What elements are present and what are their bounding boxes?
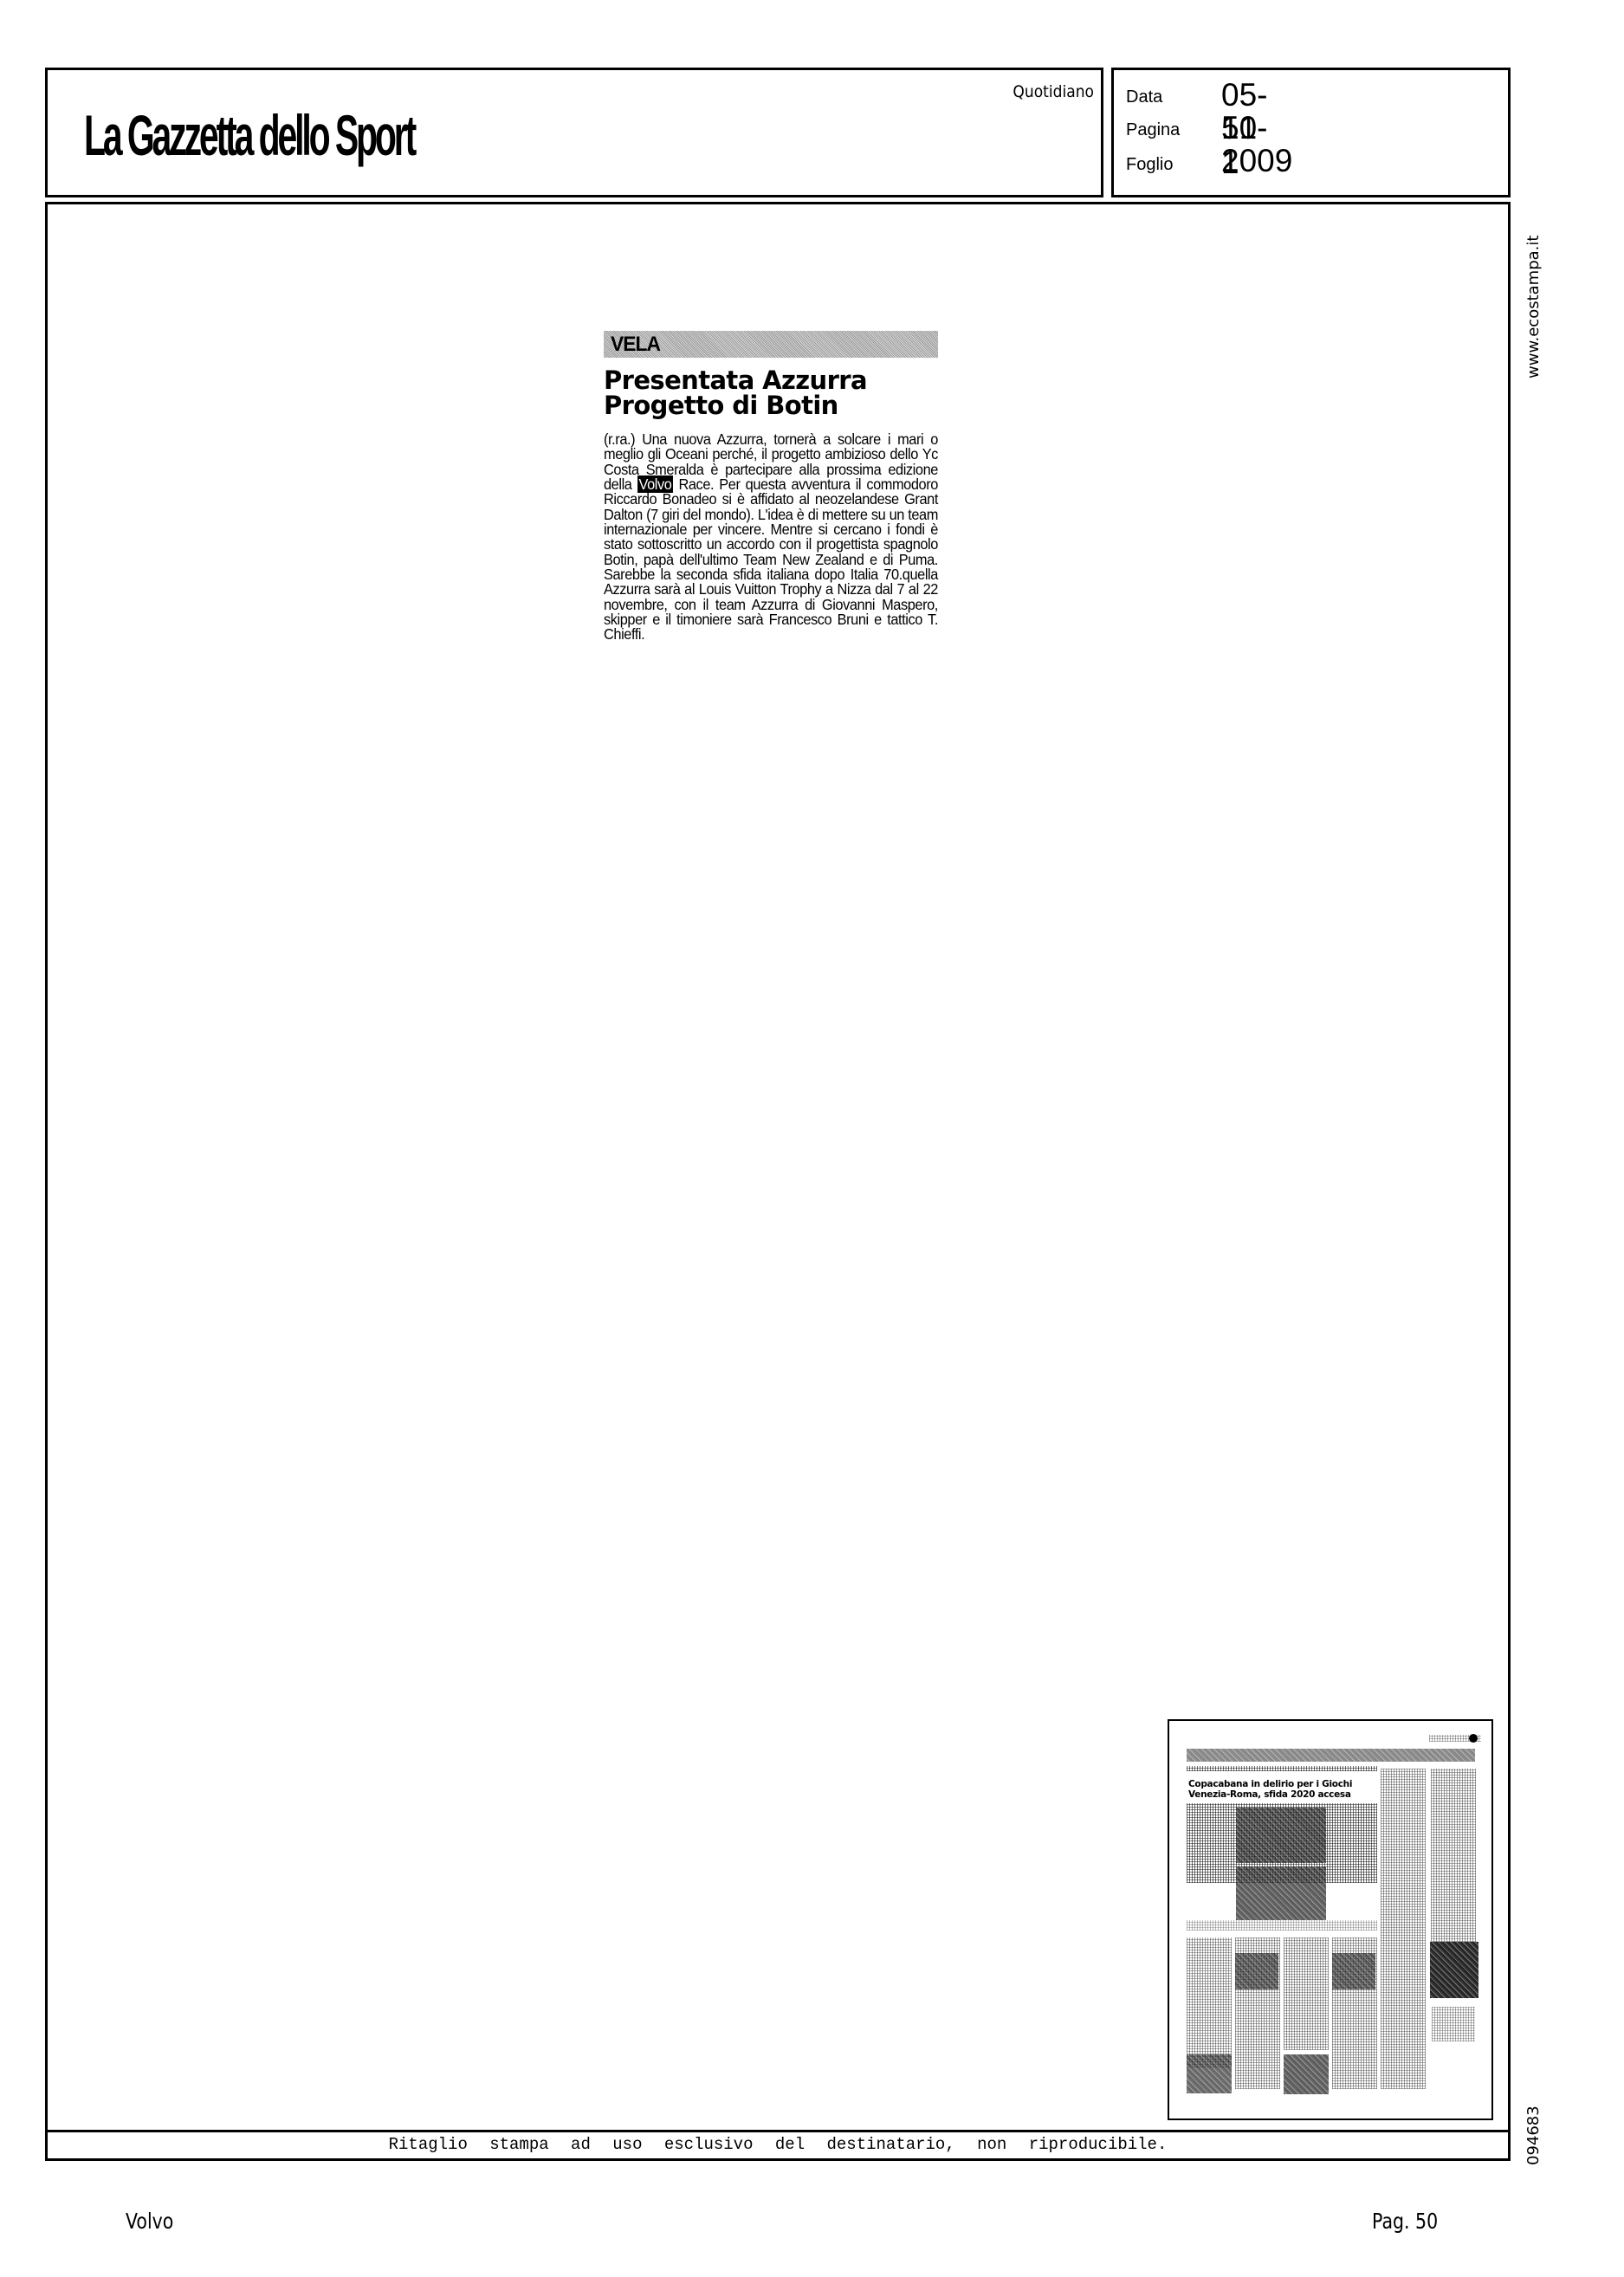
clipping-keyword: Volvo [126,2209,173,2234]
headline-line-1: Presentata Azzurra [604,368,938,393]
thumb-kicker [1187,1766,1377,1771]
sheet-value: 1 [1221,146,1239,179]
publication-type: Quotidiano [1013,82,1094,101]
thumb-headline-line-1: Copacabana in delirio per i Giochi [1188,1779,1379,1789]
thumb-column-4 [1381,1769,1426,2089]
thumb-caption [1187,1920,1377,1931]
page-label: Pagina [1126,120,1213,140]
headline-line-2: Progetto di Botin [604,393,938,418]
date-label: Data [1126,87,1213,107]
article-body: (r.ra.) Una nuova Azzurra, tornerà a sol… [604,432,938,643]
section-kicker: VELA [604,331,938,358]
thumb-photo-2 [1236,1866,1326,1920]
thumb-photo-4 [1284,2054,1329,2094]
thumb-photo-1 [1236,1808,1326,1863]
thumb-photo-3 [1235,1953,1278,1989]
thumb-column-5 [1431,1769,1476,1942]
masthead-box: La Gazzetta dello Sport Quotidiano [45,68,1103,197]
thumb-headline: Copacabana in delirio per i Giochi Venez… [1188,1779,1379,1800]
section-label: VELA [611,333,660,357]
thumb-highlighted-article [1430,1942,1478,1998]
thumb-article-1 [1187,1937,1232,2067]
page-number: Pag. 50 [1372,2209,1438,2234]
thumb-photo-5 [1332,1953,1375,1989]
website-label: www.ecostampa.it [1524,236,1543,378]
thumb-page-number-icon [1469,1734,1478,1743]
body-text-end: Race. Per questa avventura il commodoro … [604,475,938,643]
thumb-section-banner [1187,1749,1475,1762]
page-thumbnail: Copacabana in delirio per i Giochi Venez… [1168,1719,1493,2120]
sheet-label: Foglio [1126,155,1213,175]
thumb-boxed-article [1432,2007,1475,2041]
metadata-box: Data 05-10-2009 Pagina 51 Foglio 1 [1111,68,1511,197]
copyright-notice: Ritaglio stampa ad uso esclusivo del des… [48,2130,1508,2158]
thumb-article-3 [1284,1937,1329,2050]
page-value: 51 [1221,112,1257,145]
thumb-photo-6 [1187,2054,1232,2093]
newspaper-logo: La Gazzetta dello Sport [84,105,414,165]
article-headline: Presentata Azzurra Progetto di Botin [604,368,938,418]
thumb-headline-line-2: Venezia-Roma, sfida 2020 accesa [1188,1789,1379,1800]
clipping-code: 094683 [1524,2106,1543,2165]
article: VELA Presentata Azzurra Progetto di Boti… [604,331,938,643]
